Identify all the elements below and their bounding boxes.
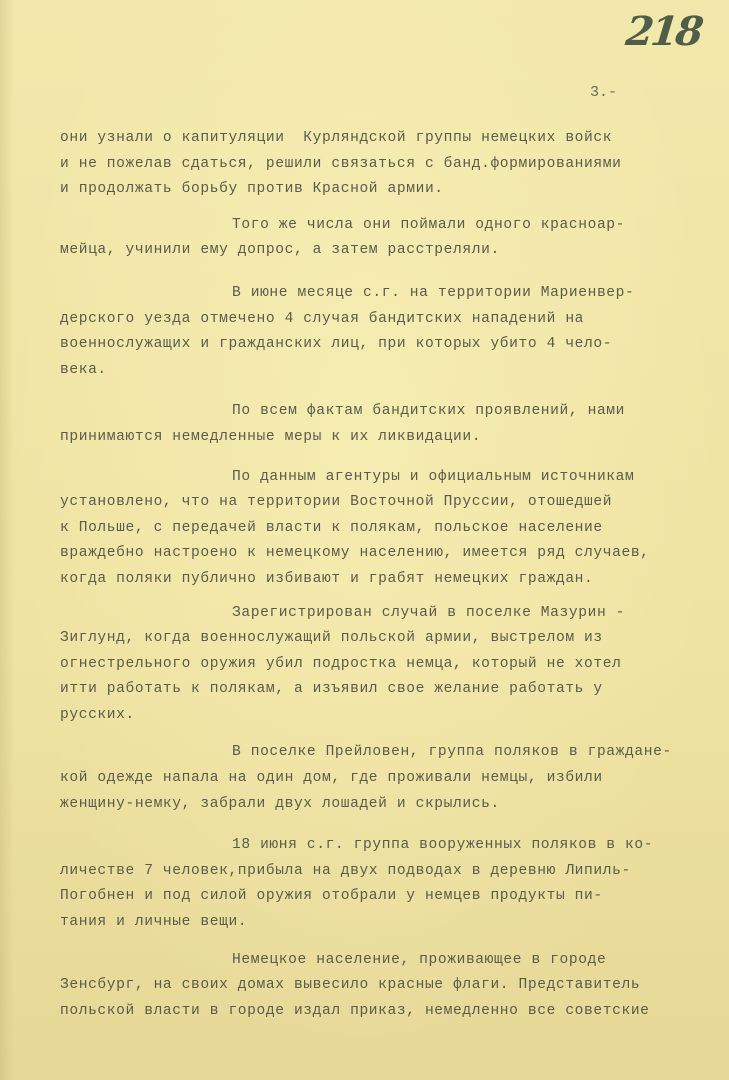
text-line: мейца, учинили ему допрос, а затем расст… (60, 238, 728, 264)
text-line: По всем фактам бандитских проявлений, на… (60, 399, 728, 425)
paragraph-captured-soldier: Того же числа они поймали одного красноа… (60, 213, 728, 264)
text-line: Зиглунд, когда военнослужащий польской а… (60, 626, 728, 652)
text-line: женщину-немку, забрали двух лошадей и ск… (60, 792, 728, 818)
text-line: В июне месяце с.г. на территории Мариенв… (60, 281, 728, 307)
text-line: они узнали о капитуляции Курляндской гру… (60, 126, 728, 152)
paragraph-sensburg: Немецкое население, проживающее в городе… (60, 948, 728, 1025)
text-line: века. (60, 358, 728, 384)
text-line: русских. (60, 703, 728, 729)
text-line: тания и личные вещи. (60, 910, 728, 936)
text-line: принимаются немедленные меры к их ликвид… (60, 425, 728, 451)
text-line: к Польше, с передачей власти к полякам, … (60, 516, 728, 542)
text-line: В поселке Прейловен, группа поляков в гр… (60, 740, 728, 766)
archive-sheet-number: 218 (624, 8, 703, 55)
text-line: Немецкое население, проживающее в городе (60, 948, 728, 974)
text-line: установлено, что на территории Восточной… (60, 490, 728, 516)
document-page: 218 3.- они узнали о капитуляции Курлянд… (0, 0, 729, 1080)
paragraph-marienwerder: В июне месяце с.г. на территории Мариенв… (60, 281, 728, 383)
paragraph-june-18: 18 июня с.г. группа вооруженных поляков … (60, 833, 728, 935)
text-line: Того же числа они поймали одного красноа… (60, 213, 728, 239)
paragraph-mazurin: Зарегистрирован случай в поселке Мазурин… (60, 601, 728, 729)
text-line: военнослужащих и гражданских лиц, при ко… (60, 332, 728, 358)
text-line: дерского уезда отмечено 4 случая бандитс… (60, 307, 728, 333)
text-line: Зарегистрирован случай в поселке Мазурин… (60, 601, 728, 627)
page-number: 3.- (590, 84, 617, 101)
text-line: когда поляки публично избивают и грабят … (60, 567, 728, 593)
text-line: итти работать к полякам, а изъявил свое … (60, 677, 728, 703)
text-line: По данным агентуры и официальным источни… (60, 465, 728, 491)
paragraph-east-prussia: По данным агентуры и официальным источни… (60, 465, 728, 593)
paragraph-preilowen: В поселке Прейловен, группа поляков в гр… (60, 740, 728, 817)
paragraph-capitulation: они узнали о капитуляции Курляндской гру… (60, 126, 728, 203)
text-line: польской власти в городе издал приказ, н… (60, 999, 728, 1025)
document-body: они узнали о капитуляции Курляндской гру… (60, 126, 728, 1024)
text-line: кой одежде напала на один дом, где прожи… (60, 766, 728, 792)
text-line: огнестрельного оружия убил подростка нем… (60, 652, 728, 678)
text-line: Погобнен и под силой оружия отобрали у н… (60, 884, 728, 910)
text-line: враждебно настроено к немецкому населени… (60, 541, 728, 567)
text-line: Зенсбург, на своих домах вывесило красны… (60, 973, 728, 999)
paragraph-measures: По всем фактам бандитских проявлений, на… (60, 399, 728, 450)
text-line: и не пожелав сдаться, решили связаться с… (60, 152, 728, 178)
text-line: и продолжать борьбу против Красной армии… (60, 177, 728, 203)
text-line: личестве 7 человек,прибыла на двух подво… (60, 859, 728, 885)
text-line: 18 июня с.г. группа вооруженных поляков … (60, 833, 728, 859)
